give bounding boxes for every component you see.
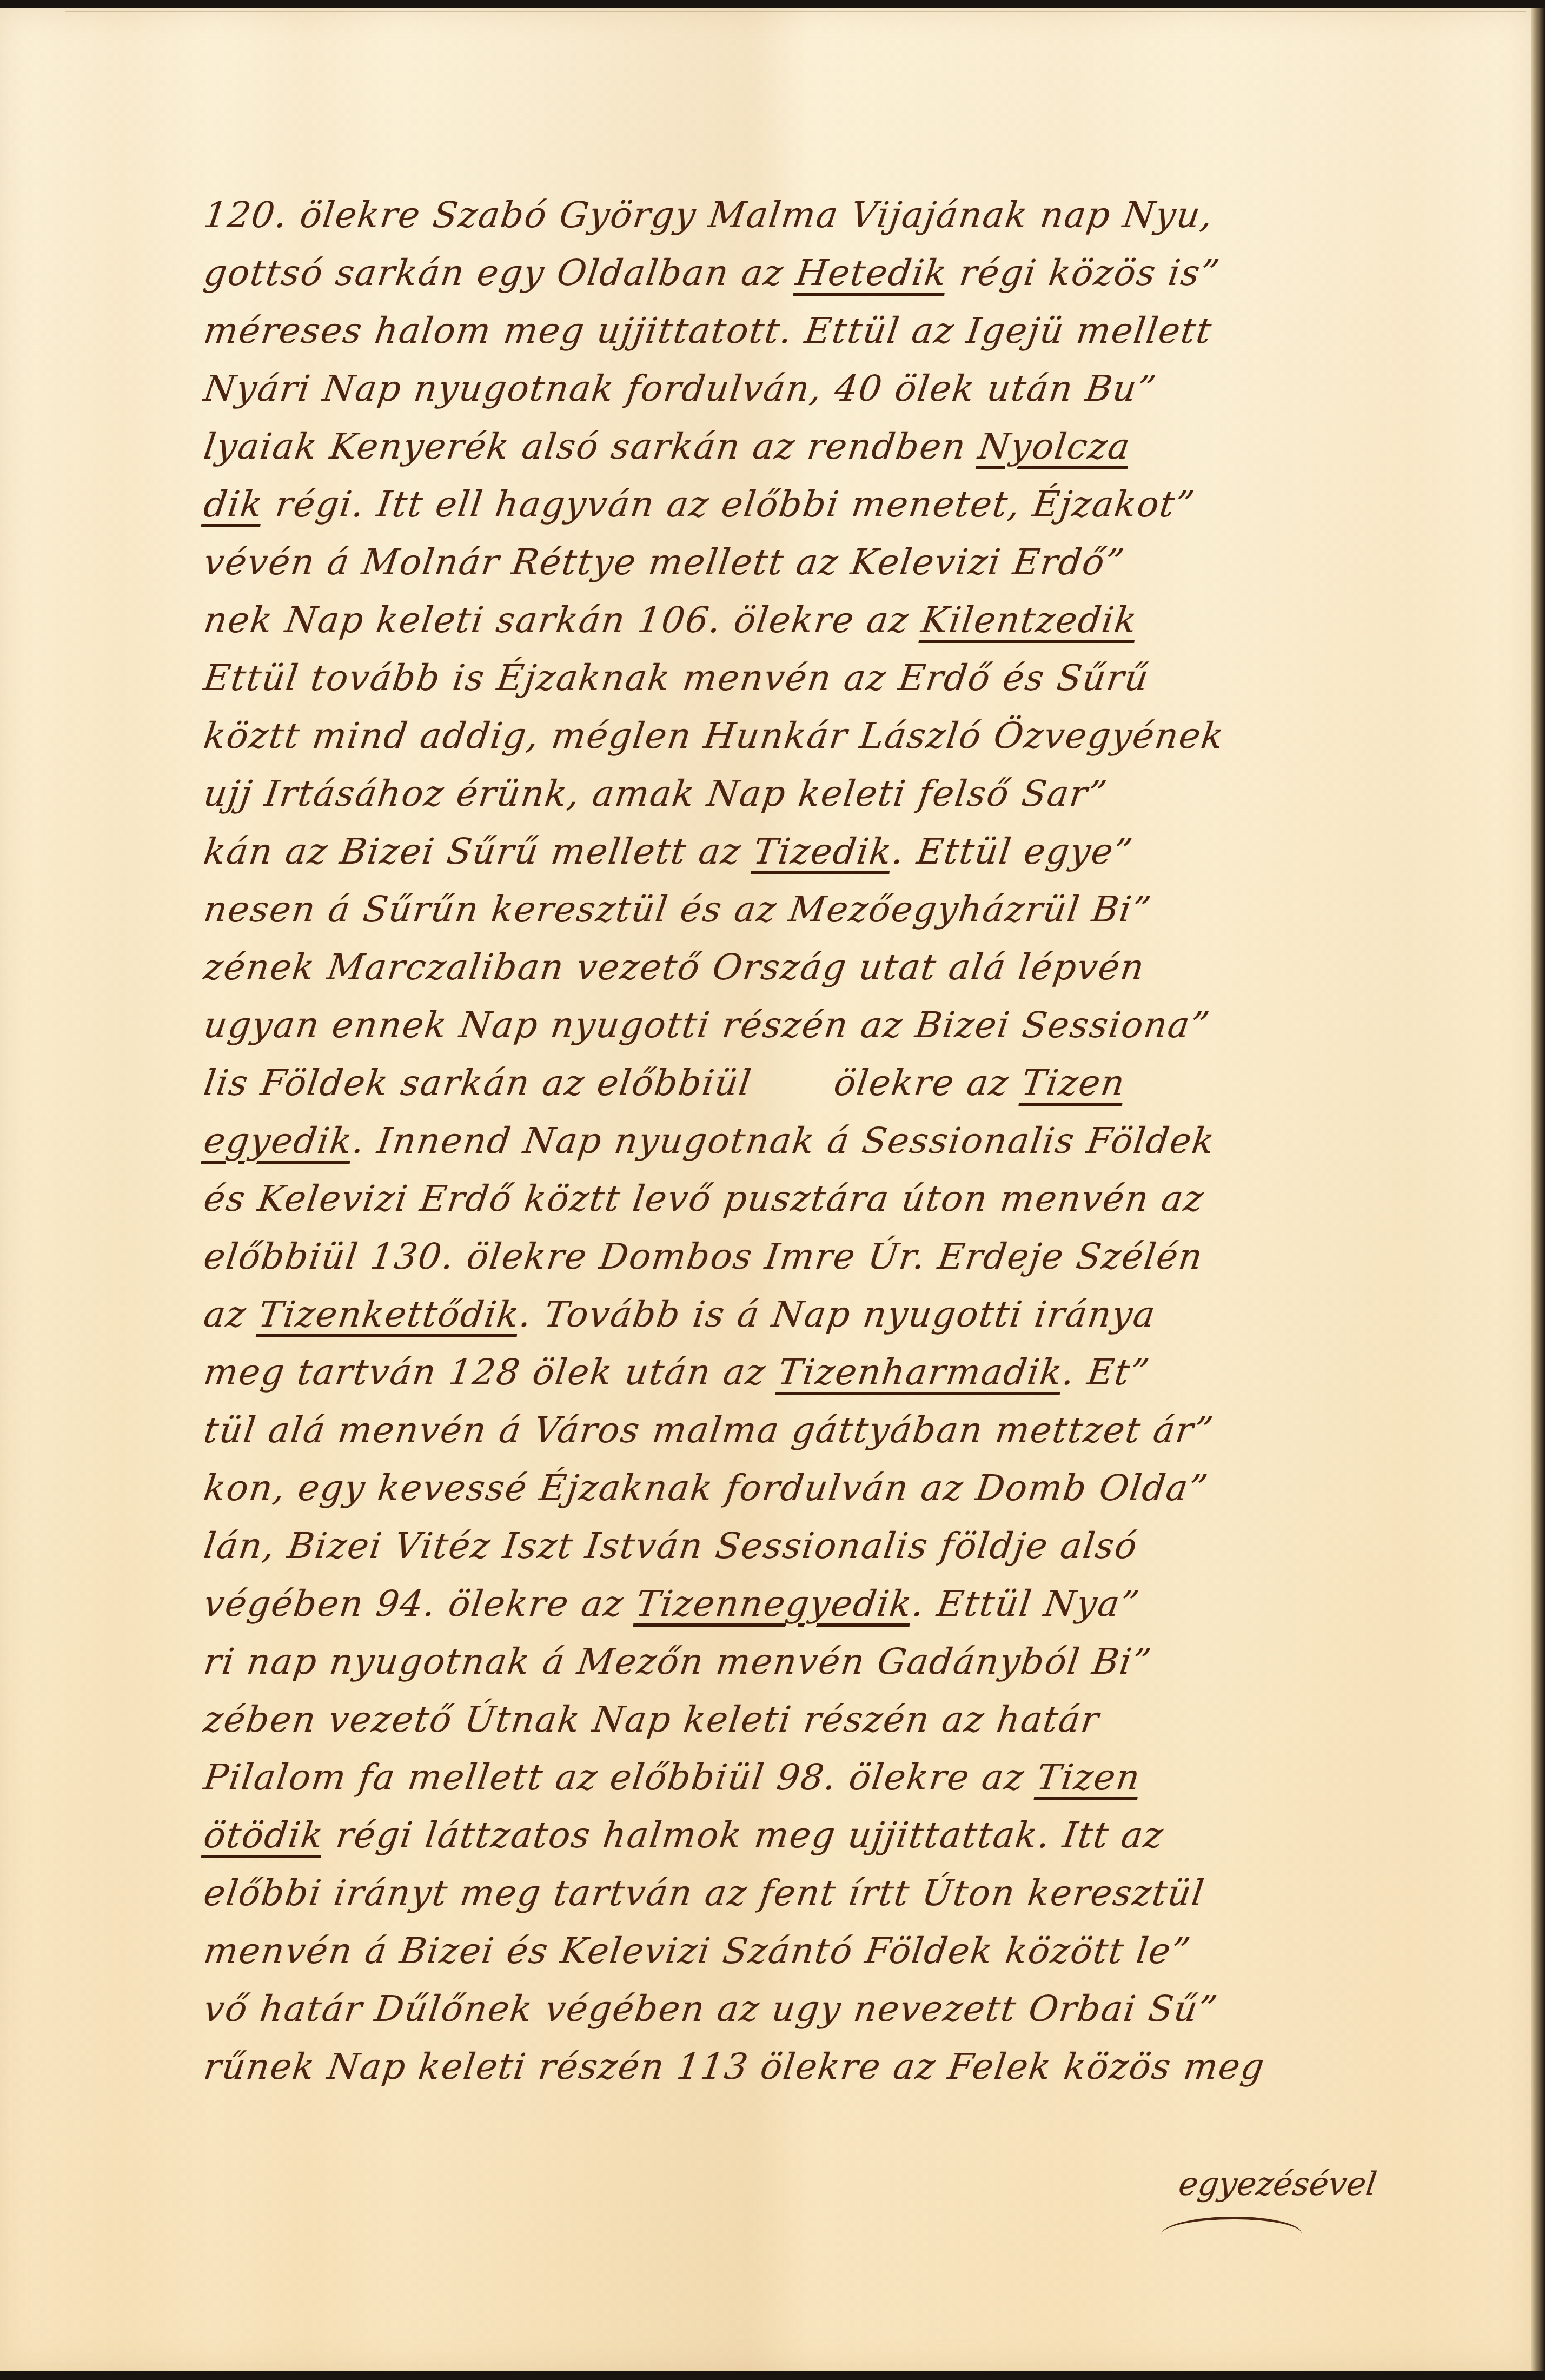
line-text: köztt mind addig, méglen Hunkár László Ö… [201,715,1227,757]
manuscript-line: zében vezető Útnak Nap keleti részén az … [200,1690,1506,1748]
manuscript-line: ri nap nyugotnak á Mezőn menvén Gadánybó… [200,1633,1506,1690]
manuscript-page: 120. ölekre Szabó György Malma Vijajának… [0,8,1531,2371]
manuscript-line: meg tartván 128 ölek után az Tizenharmad… [200,1343,1506,1401]
line-text: régi láttzatos halmok meg ujjittattak. I… [321,1814,1166,1856]
line-text: Pilalom fa mellett az előbbiül 98. ölekr… [201,1756,1040,1798]
line-text: lyaiak Kenyerék alsó sarkán az rendben [201,426,982,467]
manuscript-line: Ettül tovább is Éjzaknak menvén az Erdő … [200,649,1506,707]
line-text: menvén á Bizei és Kelevizi Szántó Földek… [201,1930,1193,1972]
closing-word: egyezésével [1176,2165,1379,2203]
manuscript-line: kon, egy kevessé Éjzaknak fordulván az D… [200,1459,1506,1517]
underlined-boundary-marker: ötödik [201,1814,327,1856]
line-text: méreses halom meg ujjittatott. Ettül az … [201,310,1215,352]
line-text: vő határ Dűlőnek végében az ugy nevezett… [201,1988,1221,2030]
manuscript-line: köztt mind addig, méglen Hunkár László Ö… [200,707,1506,765]
line-text: . Tovább is á Nap nyugotti iránya [517,1294,1159,1335]
line-text: gottsó sarkán egy Oldalban az [201,252,799,294]
manuscript-line: méreses halom meg ujjittatott. Ettül az … [200,302,1506,360]
manuscript-line: kán az Bizei Sűrű mellett az Tizedik. Et… [200,823,1506,880]
underlined-boundary-marker: egyedik [201,1120,356,1162]
manuscript-line: vévén á Molnár Réttye mellett az Keleviz… [200,533,1506,591]
manuscript-body: 120. ölekre Szabó György Malma Vijajának… [200,186,1498,2096]
line-text: zének Marczaliban vezető Ország utat alá… [201,946,1148,988]
manuscript-line: ujj Irtásához érünk, amak Nap keleti fel… [200,765,1506,823]
manuscript-line: lán, Bizei Vitéz Iszt István Sessionalis… [200,1517,1506,1575]
underlined-boundary-marker: Nyolcza [976,426,1133,467]
underlined-boundary-marker: Tizedik [751,831,895,872]
manuscript-line: egyedik. Innend Nap nyugotnak á Sessiona… [200,1112,1506,1170]
underlined-boundary-marker: Tizen [1019,1062,1128,1104]
line-text: tül alá menvén á Város malma gáttyában m… [201,1409,1216,1451]
underlined-boundary-marker: Tizenkettődik [256,1294,522,1335]
manuscript-line: az Tizenkettődik. Tovább is á Nap nyugot… [200,1285,1506,1343]
line-text: lán, Bizei Vitéz Iszt István Sessionalis… [201,1525,1140,1567]
line-text: ri nap nyugotnak á Mezőn menvén Gadánybó… [201,1641,1155,1682]
page-right-edge [1531,8,1545,2371]
underlined-boundary-marker: Hetedik [793,252,950,294]
line-text: régi közös is” [945,252,1223,294]
manuscript-line: tül alá menvén á Város malma gáttyában m… [200,1401,1506,1459]
line-text: ujj Irtásához érünk, amak Nap keleti fel… [201,773,1110,814]
line-text: . Innend Nap nyugotnak á Sessionalis Föl… [350,1120,1218,1162]
line-text: ölekre az [819,1062,1024,1104]
manuscript-line: előbbi irányt meg tartván az fent írtt Ú… [200,1864,1506,1922]
line-text: régi. Itt ell hagyván az előbbi menetet,… [260,483,1197,525]
line-text: végében 94. ölekre az [201,1583,639,1625]
line-text: ugyan ennek Nap nyugotti részén az Bizei… [201,1004,1212,1046]
manuscript-line: 120. ölekre Szabó György Malma Vijajának… [200,186,1506,244]
manuscript-line: menvén á Bizei és Kelevizi Szántó Földek… [200,1922,1506,1980]
manuscript-line: ugyan ennek Nap nyugotti részén az Bizei… [200,996,1506,1054]
manuscript-line: Nyári Nap nyugotnak fordulván, 40 ölek u… [200,360,1506,417]
manuscript-line: lyaiak Kenyerék alsó sarkán az rendben N… [200,417,1506,475]
underlined-boundary-marker: dik [201,483,266,525]
manuscript-line: nesen á Sűrűn keresztül és az Mezőegyház… [200,880,1506,938]
line-text: kon, egy kevessé Éjzaknak fordulván az D… [201,1467,1211,1509]
manuscript-line: rűnek Nap keleti részén 113 ölekre az Fe… [200,2038,1506,2096]
line-text: . Et” [1060,1351,1152,1393]
line-text: zében vezető Útnak Nap keleti részén az … [201,1699,1102,1740]
manuscript-line: gottsó sarkán egy Oldalban az Hetedik ré… [200,244,1506,302]
closing-flourish [1158,2217,1304,2252]
line-text: nek Nap keleti sarkán 106. ölekre az [201,599,925,641]
line-text: előbbi irányt meg tartván az fent írtt Ú… [201,1872,1208,1914]
underlined-boundary-marker: Kilentzedik [919,599,1140,641]
underlined-boundary-marker: Tizennegyedik [633,1583,916,1625]
line-text: . Ettül Nya” [910,1583,1143,1625]
manuscript-line: vő határ Dűlőnek végében az ugy nevezett… [200,1980,1506,2038]
manuscript-line: Pilalom fa mellett az előbbiül 98. ölekr… [200,1748,1506,1806]
line-text: kán az Bizei Sűrű mellett az [201,831,757,872]
line-text: rűnek Nap keleti részén 113 ölekre az Fe… [201,2046,1268,2087]
manuscript-line: ötödik régi láttzatos halmok meg ujjitta… [200,1806,1506,1864]
underlined-boundary-marker: Tizen [1034,1756,1143,1798]
manuscript-line: végében 94. ölekre az Tizennegyedik. Ett… [200,1575,1506,1633]
manuscript-line: lis Földek sarkán az előbbiül ölekre az … [200,1054,1506,1112]
line-text: meg tartván 128 ölek után az [201,1351,781,1393]
line-text: az [201,1294,262,1335]
line-text: lis Földek sarkán az előbbiül [201,1062,754,1104]
line-text: . Ettül egye” [890,831,1136,872]
closing-word-text: egyezésével [1176,2165,1379,2203]
manuscript-line: nek Nap keleti sarkán 106. ölekre az Kil… [200,591,1506,649]
manuscript-line: és Kelevizi Erdő köztt levő pusztára úto… [200,1170,1506,1228]
line-text: vévén á Molnár Réttye mellett az Keleviz… [201,541,1128,583]
line-text: nesen á Sűrűn keresztül és az Mezőegyház… [201,889,1155,930]
line-text: előbbiül 130. ölekre Dombos Imre Úr. Erd… [201,1236,1206,1277]
manuscript-line: előbbiül 130. ölekre Dombos Imre Úr. Erd… [200,1228,1506,1285]
manuscript-line: zének Marczaliban vezető Ország utat alá… [200,938,1506,996]
line-text: Nyári Nap nyugotnak fordulván, 40 ölek u… [201,368,1159,409]
line-text: 120. ölekre Szabó György Malma Vijajának… [201,194,1216,236]
line-text: és Kelevizi Erdő köztt levő pusztára úto… [201,1178,1207,1219]
underlined-boundary-marker: Tizenharmadik [775,1351,1066,1393]
line-text: Ettül tovább is Éjzaknak menvén az Erdő … [201,657,1152,699]
manuscript-line: dik régi. Itt ell hagyván az előbbi mene… [200,475,1506,533]
page-top-edge [65,11,1526,12]
